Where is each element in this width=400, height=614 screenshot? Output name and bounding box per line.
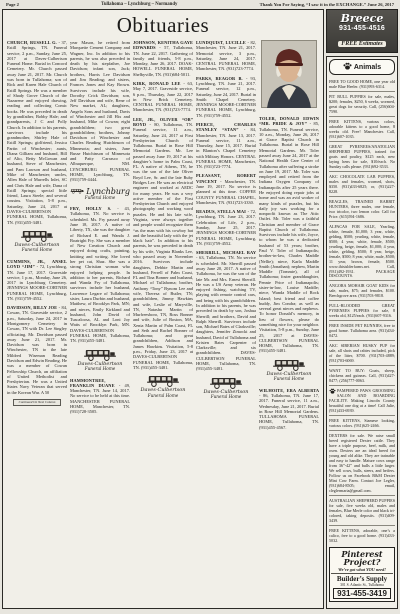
hearse-carriage-icon <box>70 187 84 195</box>
classified-ad: ALPACAS FOR SALE, Yearling, white, femal… <box>329 221 395 281</box>
breece-logo-text: Breece <box>328 13 396 24</box>
daves-culbertson-logo: Daves-Culbertson Funeral Home <box>196 376 256 400</box>
obituary-column: year Mason, he retired from Marquette Ce… <box>70 40 130 434</box>
paw-icon <box>343 62 352 72</box>
obituary-entry: LEE, JR., OLIVER “OB” BOYD - 80, Tullaho… <box>133 117 193 371</box>
classified-ad: PAMPERED PAWS GROOMING SALON AND BOARDIN… <box>329 385 395 415</box>
deceased-name: PIERCE, CHARLES STANLEY “STAN” <box>196 122 256 132</box>
obituary-entry: DAVIDSON, BILLY JOE - 84, Cowan, TN. Gra… <box>7 305 67 395</box>
deceased-name: LEE, JR., OLIVER “OB” BOYD <box>133 117 193 127</box>
obituary-entry: PLEASANT, ROBERT VINCENT - Manchester, T… <box>196 173 256 205</box>
obituaries-columns: CHURCH, RUSSELL G. - 37, Estill Springs,… <box>7 40 319 434</box>
obituary-entry: PIERCE, CHARLES STANLEY “STAN” - 84, Man… <box>196 122 256 170</box>
animals-label: Animals <box>354 64 381 71</box>
obituary-column: TOLER, DONALD EDWIN “MR. PRIDE & JOY” - … <box>259 40 319 434</box>
classified-ad: AUSTRALIAN SHEPHERD PUPPIES for sale, fi… <box>329 495 395 525</box>
deceased-name: HAMMONTREE, FRANKLIN DUANE <box>70 378 119 388</box>
obituary-column: CHURCH, RUSSELL G. - 37, Estill Springs,… <box>7 40 67 434</box>
classified-ads-list: FREE TO GOOD HOME, one year old male Blu… <box>329 77 395 545</box>
funeral-home-subtext: Funeral Home <box>133 394 193 399</box>
hearse-carriage-icon <box>146 374 180 387</box>
funeral-home-subtext: Funeral Home <box>259 377 319 382</box>
breece-phone: 931-455-4516 <box>328 25 396 32</box>
obituary-entry: year Mason, he retired from Marquette Ce… <box>70 40 130 183</box>
classified-ad: AKC SIBERIAN HUSKY PUP for sale, all sho… <box>329 340 395 365</box>
classified-ad: WANT TO BUY: Goats, sheep, chickens and … <box>329 365 395 385</box>
obituary-entry: KIRK, RONALD LEE - 63, May 7, 2017. Grav… <box>133 81 193 113</box>
deceased-name: CUMMINS, JR., ANSEL LOYD “JIM” <box>7 259 67 269</box>
obituary-entry: CHURCH, RUSSELL G. - 37, Estill Springs,… <box>7 40 67 225</box>
deceased-name: DAVIDSON, BILLY JOE <box>7 305 59 310</box>
masthead-slogan: Thank You For Saying, “I saw it in the E… <box>260 2 394 7</box>
classified-ad: AKC CHOCOLATE LAB PUPPIES, males and fem… <box>329 171 395 196</box>
toler-portrait-photo <box>261 40 317 108</box>
classified-ad: FREE TO GOOD HOME, one year old male Blu… <box>329 77 395 91</box>
builders-headline: Pinterest Project? <box>331 550 393 566</box>
page-content: Obituaries CHURCH, RUSSELL G. - 37, Esti… <box>0 9 400 609</box>
paw-icon <box>329 388 336 394</box>
obituary-entry: HAMMONTREE, FRANKLIN DUANE - 49, Manches… <box>70 378 130 415</box>
classified-ad: FULL-BLOODED GREAT PYRENEES PUPPIES for … <box>329 300 395 320</box>
funeral-home-subtext: Funeral Home <box>70 367 130 372</box>
obituary-entry: LUNDQUIST, LUCILLE - 82, Manchester, TN.… <box>196 40 256 72</box>
obituaries-section: Obituaries CHURCH, RUSSELL G. - 37, Esti… <box>2 9 324 609</box>
deceased-name: PARKS, REAGOR B. <box>196 76 246 81</box>
obituary-entry: FRY, HOLLY S. - 43, Tullahoma, TN. No se… <box>70 206 130 343</box>
builders-store-name: Builder’s Supply <box>331 573 393 583</box>
classified-ad: BEAGLES, TRAINED RABBIT HUNTERS, three m… <box>329 196 395 221</box>
funeral-home-subtext: Funeral Home <box>7 248 67 253</box>
obituary-entry: WILHOITE, ERA ALBERTA - 86, Tullahoma, T… <box>259 388 319 430</box>
page-header: Page 2 Tullahoma – Lynchburg – Normandy … <box>0 0 400 9</box>
page-number: Page 2 <box>6 2 19 7</box>
classified-ad: DEXTERS for sale. We raise small breed r… <box>329 430 395 495</box>
obituary-entry: SHERRILL, MICHAEL RAY - 63, Tullahoma, T… <box>196 250 256 371</box>
daves-culbertson-logo: Daves-Culbertson Funeral Home <box>7 229 67 253</box>
deceased-name: FRY, HOLLY S. <box>70 206 117 211</box>
animals-classifieds-box: Animals FREE TO GOOD HOME, one year old … <box>326 56 398 609</box>
deceased-name: JOHNSON, KENITHA GAYE EDWARDS <box>133 40 193 50</box>
classified-ad: FREE KITTENS, adorable, one’s a calico, … <box>329 525 395 545</box>
obituary-entry: TOLER, DONALD EDWIN “MR. PRIDE & JOY” - … <box>259 116 319 354</box>
deceased-name: CHURCH, RUSSELL G. <box>7 40 58 45</box>
obituary-photo <box>259 40 319 113</box>
builders-tagline: We’ve got what YOU need! <box>331 567 393 572</box>
breece-tagline: FREE Estimates <box>338 41 386 47</box>
animals-section-header: Animals <box>329 59 395 75</box>
daves-culbertson-logo: Daves-Culbertson Funeral Home <box>70 348 130 372</box>
deceased-name: TOLER, DONALD EDWIN “MR. PRIDE & JOY” <box>259 116 319 126</box>
classified-ad: FREE KITTENS, various colors, adorable k… <box>329 116 395 141</box>
hearse-carriage-icon <box>83 348 117 361</box>
classified-ad: FREE KITTENS, Siamese looking, various c… <box>329 415 395 430</box>
builders-phone: 931-455-3419 <box>333 588 391 600</box>
funeral-home-subtext: Funeral Home <box>196 395 256 400</box>
obituaries-title: Obituaries <box>7 13 319 38</box>
builders-supply-ad: Pinterest Project? We’ve got what YOU ne… <box>329 547 395 603</box>
builders-address: 301 S. Atlantic St., Tullahoma <box>331 583 393 587</box>
deceased-name: PLEASANT, ROBERT VINCENT <box>196 173 256 183</box>
obituary-entry: JOHNSON, KENITHA GAYE EDWARDS - 57, Tull… <box>133 40 193 77</box>
classified-ad: FREE INSIDE PET BUNNIES, free to good ho… <box>329 320 395 340</box>
daves-culbertson-logo: Daves-Culbertson Funeral Home <box>259 358 319 382</box>
hearse-carriage-icon <box>272 358 306 371</box>
classified-ad: ANGORA MOHAIR GOAT KIDS for sale, males,… <box>329 280 395 300</box>
funeral-home-subtext: Funeral Home <box>70 196 130 201</box>
obituary-column: JOHNSON, KENITHA GAYE EDWARDS - 57, Tull… <box>133 40 193 434</box>
deceased-name: WILHOITE, ERA ALBERTA <box>259 388 319 393</box>
classified-ad: GREAT PYRENEES/ANATOLIAN SHEPHERD PUPPIE… <box>329 141 395 171</box>
classified-ad: PIT BULL PUPPIES for sale, males, $200; … <box>329 91 395 116</box>
hearse-carriage-icon <box>209 376 243 389</box>
lynchburg-funeral-home-logo: Lynchburg Funeral Home <box>70 187 130 201</box>
deceased-name: READUS, STELLA MAI <box>196 209 248 214</box>
obituary-entry: READUS, STELLA MAI - 72, Lynchburg, TN. … <box>196 209 256 246</box>
continued-note: Continued On Next Column <box>13 399 61 406</box>
deceased-name: LUNDQUIST, LUCILLE <box>196 40 248 45</box>
obituary-column: LUNDQUIST, LUCILLE - 82, Manchester, TN.… <box>196 40 256 434</box>
obituary-entry: CUMMINS, JR., ANSEL LOYD “JIM” - 72, Lyn… <box>7 259 67 301</box>
breece-ad: Breece 931-455-4516 FREE Estimates <box>326 9 398 53</box>
deceased-name: SHERRILL, MICHAEL RAY <box>196 250 256 255</box>
classifieds-sidebar: Breece 931-455-4516 FREE Estimates Anima… <box>326 9 398 609</box>
obituary-entry: PARKS, REAGOR B. - 93, Lynchburg, TN. Ju… <box>196 76 256 118</box>
daves-culbertson-logo: Daves-Culbertson Funeral Home <box>133 374 193 398</box>
hearse-carriage-icon <box>20 229 54 242</box>
communities-line: Tullahoma – Lynchburg – Normandy <box>101 2 177 7</box>
deceased-name: KIRK, RONALD LEE <box>133 81 183 86</box>
